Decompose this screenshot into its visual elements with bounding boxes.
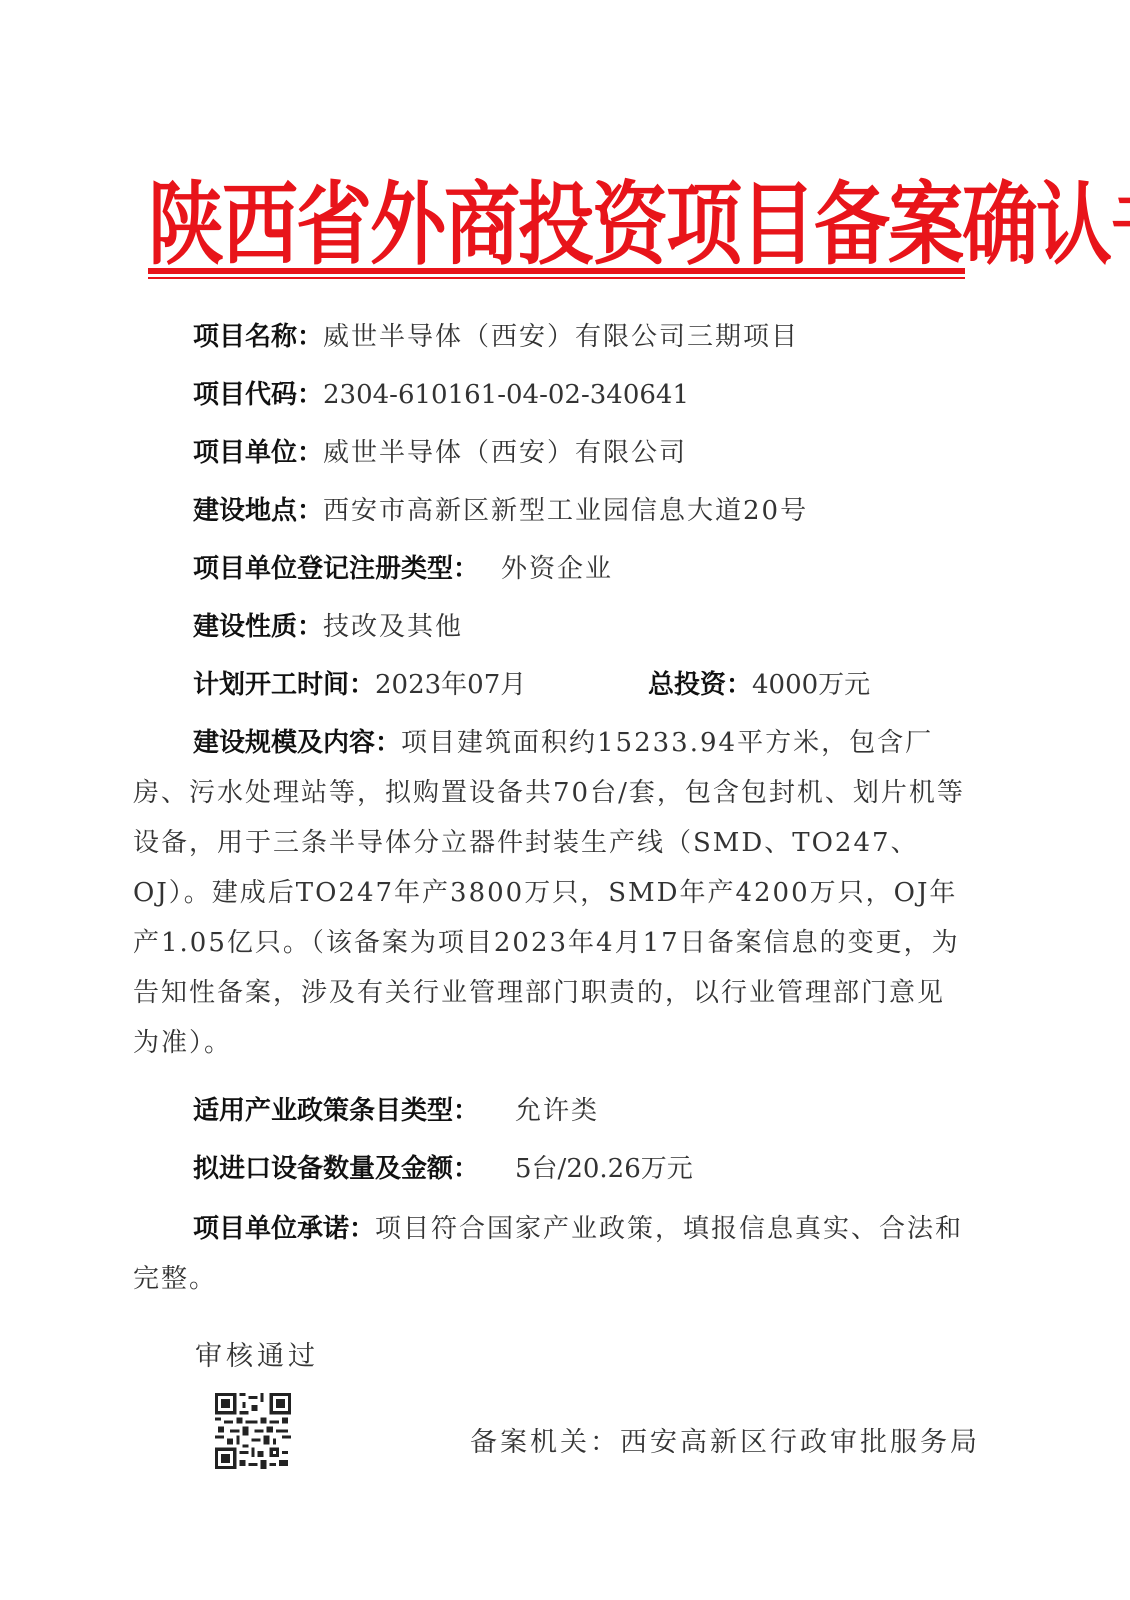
field-label: 项目单位： [193,438,323,468]
field-value: 允许类 [515,1096,599,1126]
document-title: 陕西省外商投资项目备案确认书 [148,168,968,281]
field-scale-content: 建设规模及内容：项目建筑面积约15233.94平方米，包含厂房、污水处理站等，拟… [133,718,968,1068]
field-value: 技改及其他 [323,612,463,642]
field-value: 2304-610161-04-02-340641 [323,380,689,410]
field-value: 威世半导体（西安）有限公司 [323,438,687,468]
field-project-unit: 项目单位：威世半导体（西安）有限公司 [193,436,687,470]
qr-code-icon [215,1393,291,1469]
title-rule-thin [148,277,965,279]
field-label: 建设性质： [193,612,323,642]
field-construction-nature: 建设性质：技改及其他 [193,610,463,644]
field-value: 4000万元 [752,670,870,700]
field-value: 2023年07月 [375,670,526,700]
field-commitment: 项目单位承诺：项目符合国家产业政策，填报信息真实、合法和完整。 [133,1204,968,1304]
field-project-code: 项目代码：2304-610161-04-02-340641 [193,378,689,412]
field-value: 外资企业 [501,554,613,584]
field-registration-type: 项目单位登记注册类型：外资企业 [193,552,613,586]
field-label: 拟进口设备数量及金额： [193,1154,479,1184]
filing-agency: 备案机关：西安高新区行政审批服务局 [470,1420,980,1459]
field-label: 计划开工时间： [193,670,375,700]
field-value: 5台/20.26万元 [515,1154,693,1184]
field-industry-policy-type: 适用产业政策条目类型：允许类 [193,1094,599,1128]
field-project-name: 项目名称：威世半导体（西安）有限公司三期项目 [193,320,799,354]
field-value: 威世半导体（西安）有限公司三期项目 [323,322,799,352]
field-label: 建设地点： [193,496,323,526]
field-label: 适用产业政策条目类型： [193,1096,479,1126]
field-label: 项目名称： [193,322,323,352]
field-value: 西安市高新区新型工业园信息大道20号 [323,496,808,526]
field-location: 建设地点：西安市高新区新型工业园信息大道20号 [193,494,808,528]
field-label: 建设规模及内容： [193,728,401,758]
field-label: 项目单位承诺： [193,1214,375,1244]
field-label: 总投资： [648,670,752,700]
field-label: 项目代码： [193,380,323,410]
field-import-equipment: 拟进口设备数量及金额：5台/20.26万元 [193,1152,693,1186]
field-start-time: 计划开工时间：2023年07月 [193,668,526,702]
title-rule-thick [148,268,965,274]
field-value: 项目建筑面积约15233.94平方米，包含厂房、污水处理站等，拟购置设备共70台… [133,728,965,1058]
approval-status: 审核通过 [195,1334,319,1373]
field-label: 项目单位登记注册类型： [193,554,479,584]
field-total-investment: 总投资：4000万元 [648,668,870,702]
